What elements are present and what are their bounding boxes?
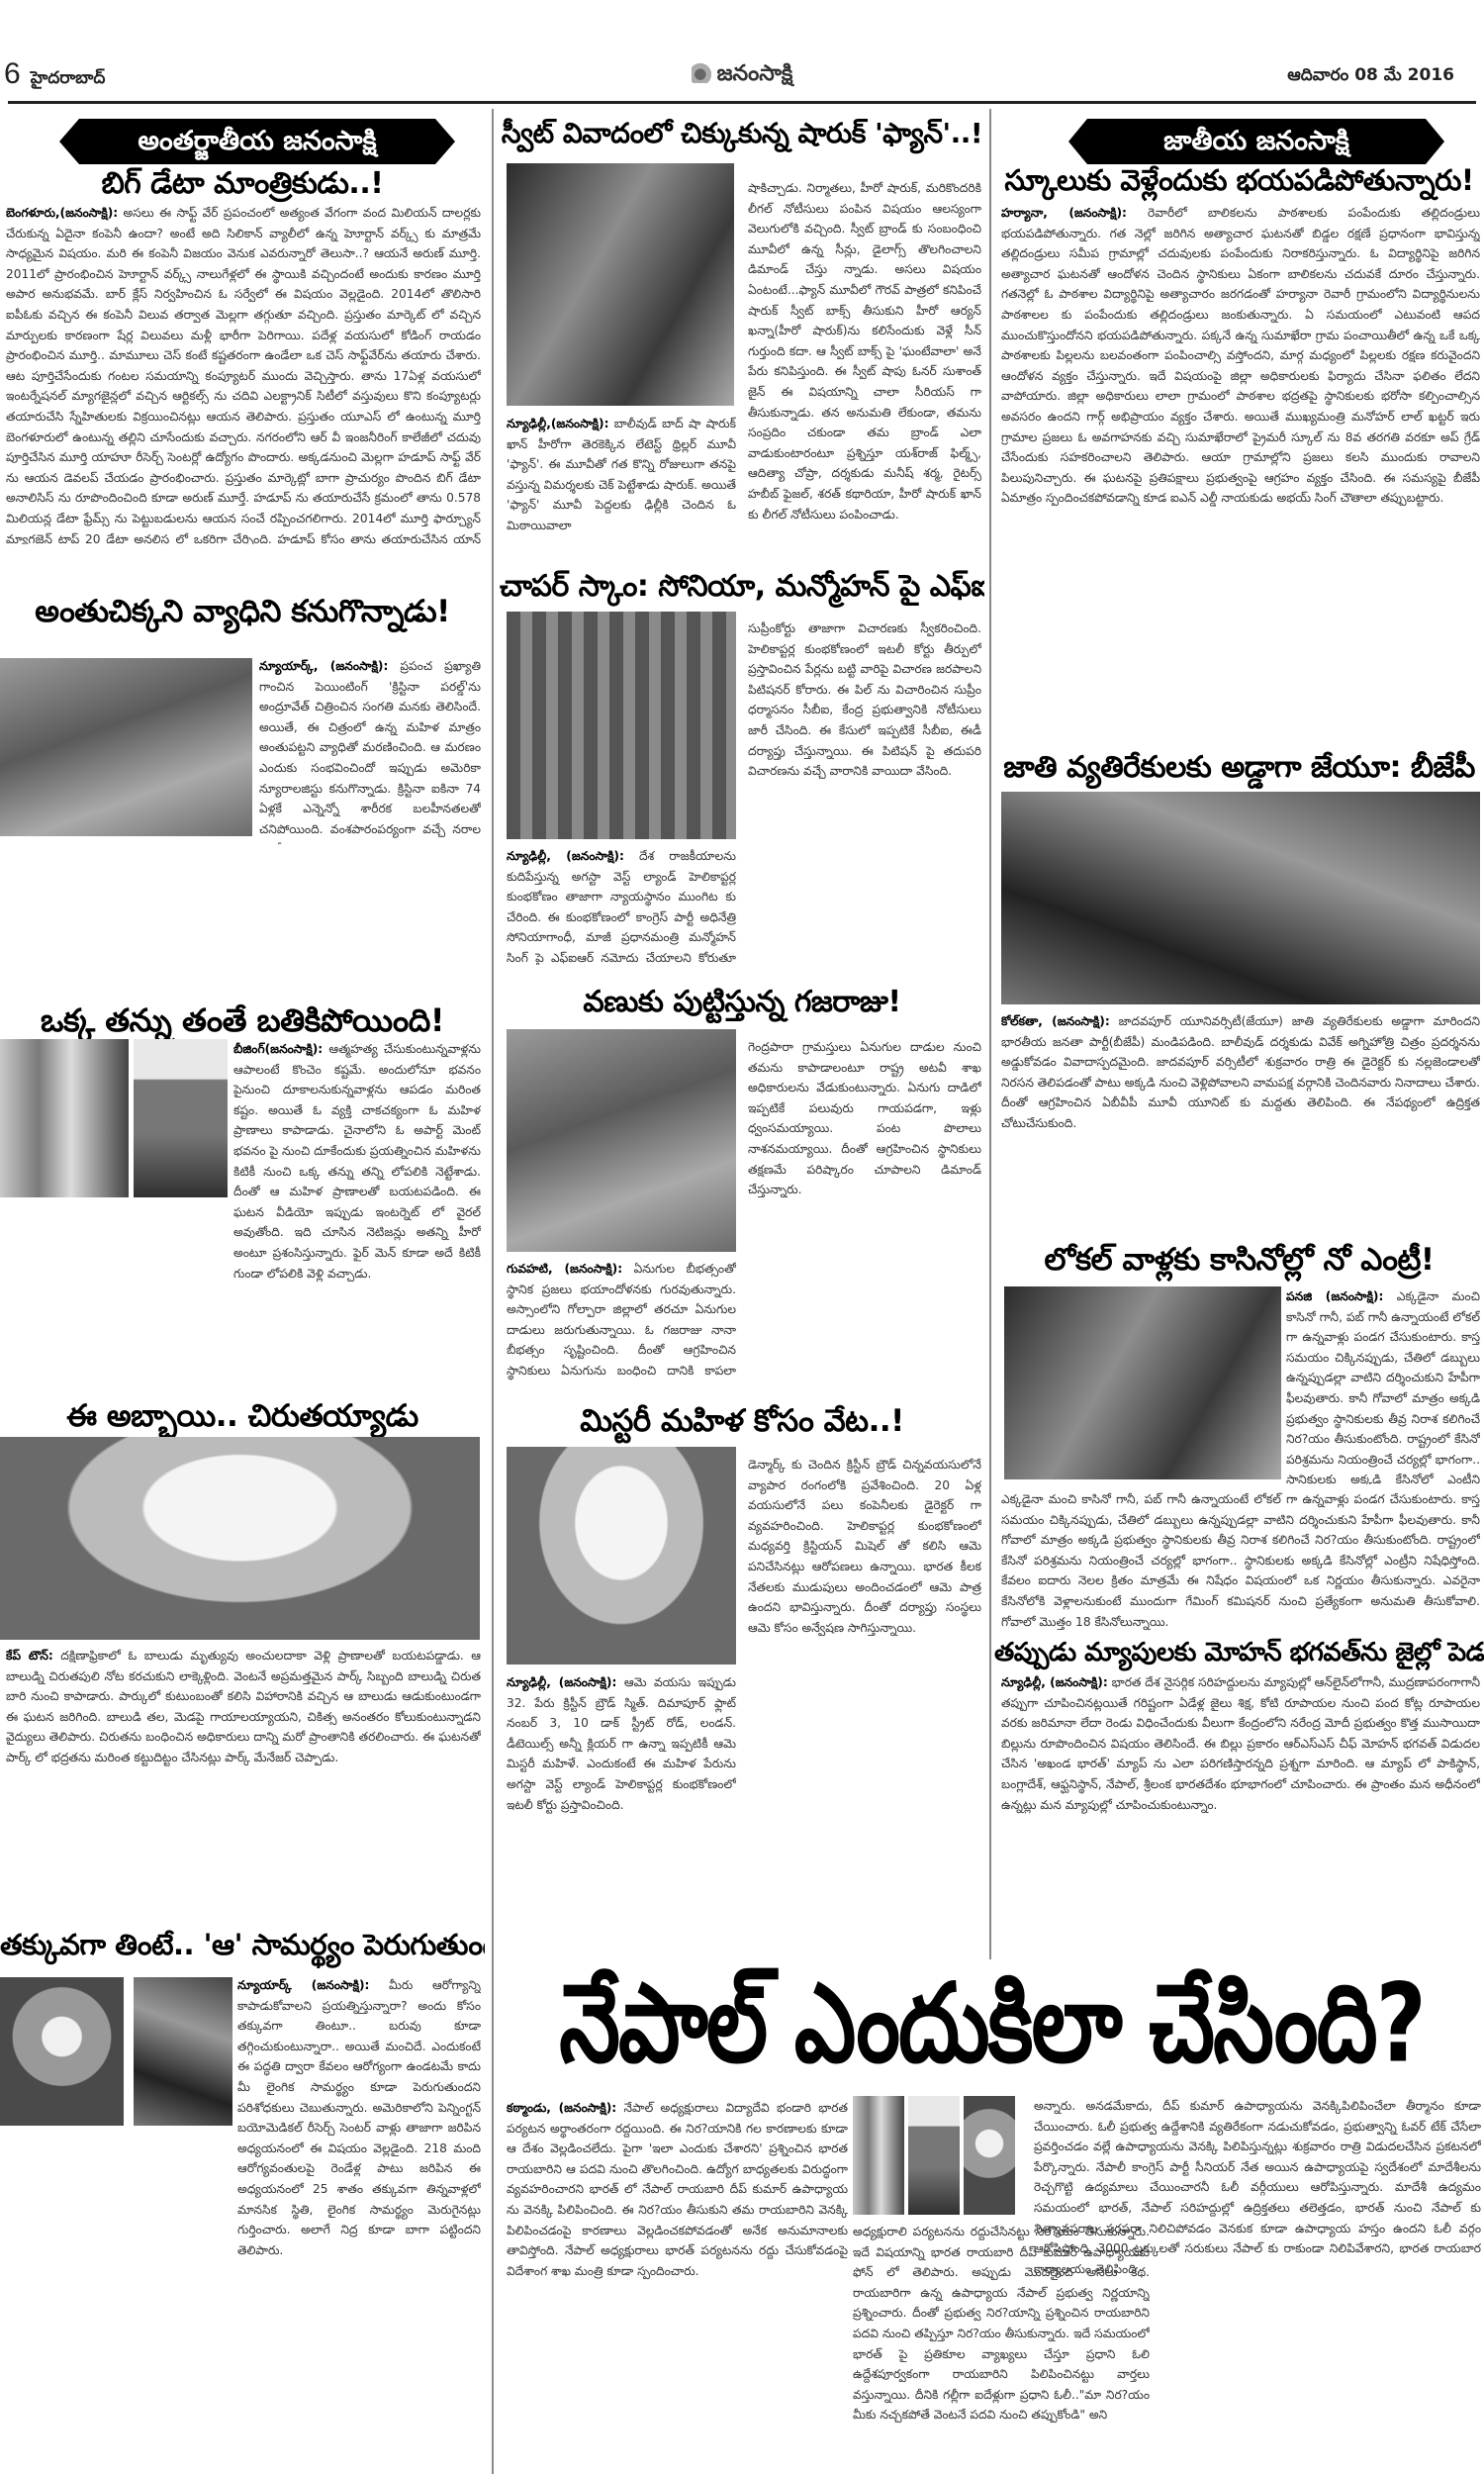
- dateline: న్యూయార్క్, (జనంసాక్షి):: [259, 659, 388, 673]
- headline-eat-less[interactable]: తక్కువగా తింటే.. 'ఆ' సామర్థ్యం పెరుగుతుం…: [0, 1928, 485, 1969]
- headline-ju-bjp[interactable]: జాతి వ్యతిరేకులకు అడ్డాగా జేయూ: బీజేపీ: [994, 750, 1484, 792]
- article-boy-leopard: కేప్ టౌన్: దక్షిణాఫ్రికాలో ఓ బాలుడు మృత్…: [6, 1646, 481, 1913]
- headline-nepal[interactable]: నేపాల్ ఎందుకిలా చేసింది?: [500, 1955, 1484, 2092]
- article-goa-casino-continued: ఎక్కడైనా మంచి కాసినో గానీ, పబ్ గానీ ఉన్న…: [1001, 1489, 1480, 1638]
- photo-bidya-bhandari: [853, 2096, 904, 2215]
- article-eat-less: న్యూయార్క్ (జనంసాక్షి): మీరు ఆరోగ్యాన్ని…: [237, 1975, 481, 2470]
- article-body: నేపాల్ అధ్యక్షురాలు విద్యాదేవి భండారి భా…: [507, 2101, 848, 2278]
- article-srk-fan-left: న్యూఢిల్లీ,(జనంసాక్షి): బాలీవుడ్ బాద్ షా…: [507, 414, 736, 552]
- headline-elephant[interactable]: వణుకు పుట్టిస్తున్న గజరాజు!: [500, 985, 984, 1026]
- article-body: దక్షిణాఫ్రికాలో ఓ బాలుడు మృత్యువు అంచులద…: [6, 1649, 481, 1764]
- article-mystery-woman-right: డెన్మార్క్ కు చెందిన క్రిస్టీన్ బ్రౌడ్ చ…: [748, 1455, 981, 1950]
- newspaper-logo: జనంసాక్షి: [0, 61, 1484, 91]
- dateline: కోల్‌కతా, (జనంసాక్షి):: [1001, 1014, 1110, 1028]
- section-banner-international: అంతర్జాతీయ జనంసాక్షి: [59, 119, 455, 164]
- photo-woman-eating: [0, 1977, 124, 2126]
- article-chopper-scam-left: న్యూఢిల్లీ, (జనంసాక్షి): దేశ రాజకీయాలను …: [507, 846, 736, 965]
- article-goa-casino-side: పనజి (జనంసాక్షి): ఎక్కడైనా మంచి కాసినో గ…: [1286, 1286, 1480, 1484]
- article-body: ప్రపంచ ప్రఖ్యాతి గాంచిన పెయింటింగ్ 'క్రి…: [259, 659, 481, 844]
- article-srk-fan-right: షాకిచ్చాడు. నిర్మాతలు, హీరో షారుక్, మరిక…: [748, 178, 981, 552]
- article-nepal-col3: అన్నారు. అనడమేకాదు, దీప్ కుమార్ ఉపాధ్యాయ…: [1034, 2096, 1481, 2472]
- dateline: న్యూఢిల్లీ, (జనంసాక్షి):: [507, 849, 624, 863]
- photo-man-smiling: [134, 1977, 232, 2126]
- article-nepal-col1: కఠ్మాండు, (జనంసాక్షి): నేపాల్ అధ్యక్షురా…: [507, 2098, 848, 2469]
- article-maps-bhagwat: న్యూఢిల్లీ, (జనంసాక్షి): భారత దేశ నైసర్గ…: [1001, 1672, 1480, 1954]
- edition-date: ఆదివారం 08 మే 2016: [1287, 65, 1454, 89]
- article-big-data: బెంగళూరు,(జనంసాక్షి): అసలు ఈ సాఫ్ట్ వేర్…: [6, 203, 481, 544]
- article-school-fear: హర్యానా, (జనంసాక్షి): రెవారీలో బాలికలను …: [1001, 203, 1480, 752]
- dateline: హర్యానా, (జనంసాక్షి):: [1001, 206, 1127, 220]
- article-body: ఎక్కడైనా మంచి కాసినో గానీ, పబ్ గానీ ఉన్న…: [1286, 1289, 1480, 1484]
- photo-elephant: [507, 1029, 736, 1252]
- article-body: ఆత్మహత్య చేసుకుంటున్నవాళ్లను ఆపాలంటే కొం…: [233, 1042, 481, 1281]
- headline-mystery-woman[interactable]: మిస్టరీ మహిళ కోసం వేట..!: [500, 1403, 984, 1446]
- column-divider-bottom: [492, 1959, 494, 2474]
- article-body: రెవారీలో బాలికలను పాఠశాలకు పంపేందుకు తల్…: [1001, 206, 1480, 505]
- column-divider-right: [989, 109, 991, 1959]
- dateline: న్యూఢిల్లీ,(జనంసాక్షి):: [507, 417, 608, 430]
- headline-big-data[interactable]: బిగ్ డేటా మాంత్రికుడు..!: [0, 166, 485, 208]
- article-body: అసలు ఈ సాఫ్ట్ వేర్ ప్రపంచంలో అత్యంత వేగం…: [6, 206, 481, 544]
- photo-deep-kumar-upadhyay: [964, 2096, 1015, 2215]
- masthead-rule: [8, 101, 1476, 104]
- article-kick-saves-life: బీజింగ్(జనంసాక్షి): ఆత్మహత్య చేసుకుంటున్…: [233, 1039, 481, 1385]
- article-mystery-disease: న్యూయార్క్, (జనంసాక్షి): ప్రపంచ ప్రఖ్యాత…: [259, 656, 481, 844]
- photo-ju-protest: [1001, 792, 1480, 1004]
- dateline: న్యూఢిల్లీ, (జనంసాక్షి):: [1001, 1675, 1108, 1689]
- dateline: పనజి (జనంసాక్షి):: [1286, 1289, 1383, 1303]
- photo-kp-oli: [908, 2096, 960, 2215]
- headline-boy-leopard[interactable]: ఈ అబ్బాయి.. చిరుతయ్యాడు: [0, 1398, 485, 1441]
- dateline: న్యూఢిల్లీ, (జనంసాక్షి):: [507, 1675, 616, 1689]
- dateline: కేప్ టౌన్:: [6, 1649, 53, 1663]
- photo-casino: [1004, 1286, 1281, 1479]
- article-mystery-woman-left: న్యూఢిల్లీ, (జనంసాక్షి): ఆమె వయసు ఇప్పుడ…: [507, 1672, 736, 1950]
- headline-goa-casino[interactable]: లోకల్ వాళ్లకు కాసినోల్లో నో ఎంట్రీ!: [994, 1242, 1484, 1285]
- photo-boy-leopard: [0, 1437, 480, 1640]
- headline-mystery-disease[interactable]: అంతుచిక్కని వ్యాధిని కనుగొన్నాడు!: [0, 594, 485, 636]
- photo-sonia-manmohan: [507, 612, 736, 839]
- article-body: ఏనుగుల బీభత్సంతో స్థానిక ప్రజలు భయాందోళన…: [507, 1262, 736, 1382]
- logo-text: జనంసాక్షి: [717, 61, 793, 86]
- article-elephant-right: గెంద్రపారా గ్రామస్తులు ఏనుగుల దాడుల నుంచ…: [748, 1037, 981, 1383]
- column-divider-left: [492, 109, 494, 1959]
- article-elephant-left: గువహటి, (జనంసాక్షి): ఏనుగుల బీభత్సంతో స్…: [507, 1259, 736, 1382]
- dateline: న్యూయార్క్ (జనంసాక్షి):: [237, 1978, 369, 1992]
- article-body: జాదవపూర్ యూనివర్సిటీ(జేయూ) జాతి వ్యతిరేక…: [1001, 1014, 1480, 1130]
- article-body: మీరు ఆరోగ్యాన్ని కాపాడుకోవాలని ప్రయత్నిస…: [237, 1978, 481, 2257]
- article-body: ఆమె వయసు ఇప్పుడు 32. పేరు క్రిస్టీన్ బ్ర…: [507, 1675, 736, 1812]
- logo-flame-icon: [692, 61, 713, 83]
- photo-kick-rescue-2: [134, 1039, 228, 1197]
- photo-shah-rukh-khan: [507, 163, 734, 406]
- photo-christina-painting: [0, 658, 252, 836]
- headline-chopper-scam[interactable]: చాపర్ స్కాం: సోనియా, మన్మోహన్ పై ఎఫ్ఐఆర్…: [500, 569, 984, 611]
- article-chopper-scam-right: సుప్రీంకోర్టు తాజాగా విచారణకు స్వీకరించి…: [748, 618, 981, 965]
- dateline: కఠ్మాండు, (జనంసాక్షి):: [507, 2101, 616, 2115]
- headline-school-fear[interactable]: స్కూలుకు వెళ్లేందుకు భయపడిపోతున్నారు!: [994, 163, 1484, 205]
- article-ju-bjp: కోల్‌కతా, (జనంసాక్షి): జాదవపూర్ యూనివర్స…: [1001, 1011, 1480, 1244]
- article-body: బాలీవుడ్ బాద్ షా షారుక్ ఖాన్ హీరోగా తెరక…: [507, 417, 736, 532]
- article-body: దేశ రాజకీయాలను కుదిపేస్తున్న అగస్టా వెస్…: [507, 849, 736, 965]
- dateline: బీజింగ్(జనంసాక్షి):: [233, 1042, 323, 1056]
- dateline: బెంగళూరు,(జనంసాక్షి):: [6, 206, 118, 220]
- photo-kick-rescue-1: [0, 1039, 129, 1197]
- section-banner-national: జాతీయ జనంసాక్షి: [1068, 119, 1444, 164]
- headline-maps-bhagwat[interactable]: తప్పుడు మ్యాపులకు మోహన్ భగవత్‌ను జైల్లో …: [994, 1638, 1484, 1673]
- dateline: గువహటి, (జనంసాక్షి):: [507, 1262, 622, 1276]
- headline-srk-fan[interactable]: స్వీట్ వివాదంలో చిక్కుకున్న షారుక్ 'ఫ్యా…: [500, 117, 984, 156]
- article-body: భారత దేశ నైసర్గిక సరిహద్దులను మ్యాపుల్లో…: [1001, 1675, 1480, 1812]
- photo-mystery-woman: [507, 1447, 736, 1665]
